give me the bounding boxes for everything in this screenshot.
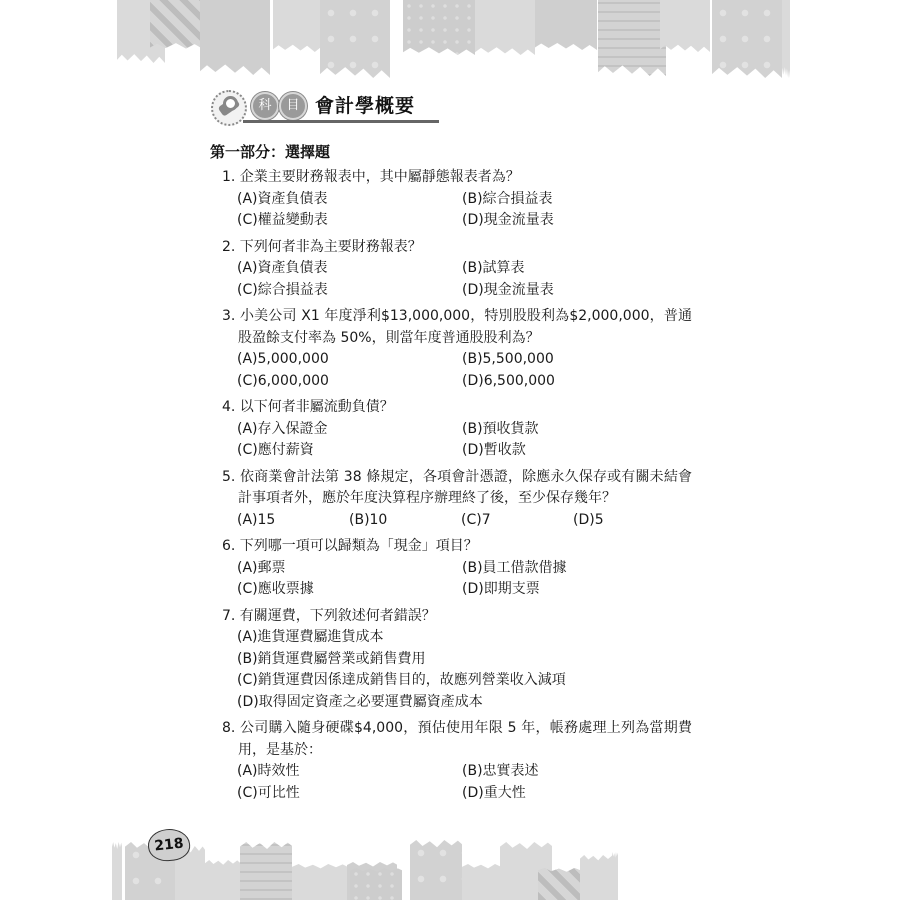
decorative-tape	[475, 0, 535, 55]
option-d: (D)取得固定資產之必要運費屬資產成本	[237, 692, 692, 714]
option-d: (D)即期支票	[462, 579, 687, 601]
option-d: (D)現金流量表	[462, 280, 687, 302]
option-grid: (A)資產負債表 (B)綜合損益表 (C)權益變動表 (D)現金流量表	[222, 189, 692, 232]
question-stem: 8. 公司購入隨身硬碟$4,000，預估使用年限 5 年，帳務處理上列為當期費用…	[222, 718, 692, 761]
decorative-tape	[205, 860, 240, 900]
option-c: (C)綜合損益表	[237, 280, 462, 302]
decorative-tape	[273, 0, 328, 52]
option-a: (A)時效性	[237, 761, 462, 783]
question-2: 2. 下列何者非為主要財務報表？ (A)資產負債表 (B)試算表 (C)綜合損益…	[222, 237, 692, 302]
question-1: 1. 企業主要財務報表中，其中屬靜態報表者為？ (A)資產負債表 (B)綜合損益…	[222, 167, 692, 232]
option-a: (A)郵票	[237, 558, 462, 580]
decorative-tape	[612, 852, 618, 900]
decorative-tape	[240, 842, 292, 900]
question-stem: 6. 下列哪一項可以歸類為「現金」項目？	[222, 536, 692, 558]
option-a: (A)資產負債表	[237, 258, 462, 280]
option-b: (B)綜合損益表	[462, 189, 687, 211]
question-4: 4. 以下何者非屬流動負債？ (A)存入保證金 (B)預收貨款 (C)應付薪資 …	[222, 397, 692, 462]
decorative-tape	[660, 0, 710, 52]
header-divider	[243, 120, 439, 123]
option-grid: (A)資產負債表 (B)試算表 (C)綜合損益表 (D)現金流量表	[222, 258, 692, 301]
option-grid: (A)郵票 (B)員工借款借據 (C)應收票據 (D)即期支票	[222, 558, 692, 601]
question-8: 8. 公司購入隨身硬碟$4,000，預估使用年限 5 年，帳務處理上列為當期費用…	[222, 718, 692, 804]
question-stem: 4. 以下何者非屬流動負債？	[222, 397, 692, 419]
option-a: (A)15	[237, 510, 349, 532]
paper-clip-icon	[211, 90, 247, 126]
option-d: (D)重大性	[462, 783, 687, 805]
option-a: (A)進貨運費屬進貨成本	[237, 627, 692, 649]
question-stem: 7. 有關運費，下列敘述何者錯誤？	[222, 606, 692, 628]
option-c: (C)應收票據	[237, 579, 462, 601]
decorative-tape	[200, 0, 270, 75]
decorative-tape	[350, 868, 402, 900]
option-c: (C)7	[461, 510, 573, 532]
option-b: (B)員工借款借據	[462, 558, 687, 580]
question-list: 1. 企業主要財務報表中，其中屬靜態報表者為？ (A)資產負債表 (B)綜合損益…	[222, 167, 692, 809]
subject-badge: 目	[279, 92, 307, 120]
option-a: (A)存入保證金	[237, 419, 462, 441]
option-a: (A)資產負債表	[237, 189, 462, 211]
option-c: (C)可比性	[237, 783, 462, 805]
option-a: (A)5,000,000	[237, 349, 462, 371]
question-stem: 5. 依商業會計法第 38 條規定，各項會計憑證，除應永久保存或有關未結會計事項…	[222, 467, 692, 510]
question-stem: 3. 小美公司 X1 年度淨利$13,000,000，特別股股利為$2,000,…	[222, 306, 692, 349]
option-grid: (A)時效性 (B)忠實表述 (C)可比性 (D)重大性	[222, 761, 692, 804]
option-c: (C)權益變動表	[237, 210, 462, 232]
decorative-tape	[712, 0, 782, 78]
decorative-tape	[782, 0, 790, 78]
option-b: (B)10	[349, 510, 461, 532]
decorative-tape	[410, 840, 462, 900]
question-7: 7. 有關運費，下列敘述何者錯誤？ (A)進貨運費屬進貨成本 (B)銷貨運費屬營…	[222, 606, 692, 714]
option-b: (B)預收貨款	[462, 419, 687, 441]
decorative-tape	[580, 855, 615, 900]
decorative-tape	[535, 0, 597, 50]
question-5: 5. 依商業會計法第 38 條規定，各項會計憑證，除應永久保存或有關未結會計事項…	[222, 467, 692, 532]
option-b: (B)銷貨運費屬營業或銷售費用	[237, 649, 692, 671]
option-b: (B)5,500,000	[462, 349, 687, 371]
subject-badge: 科	[251, 92, 279, 120]
option-b: (B)忠實表述	[462, 761, 687, 783]
option-c: (C)6,000,000	[237, 371, 462, 393]
option-c: (C)應付薪資	[237, 440, 462, 462]
option-b: (B)試算表	[462, 258, 687, 280]
option-grid: (A)存入保證金 (B)預收貨款 (C)應付薪資 (D)暫收款	[222, 419, 692, 462]
option-grid: (A)5,000,000 (B)5,500,000 (C)6,000,000 (…	[222, 349, 692, 392]
decorative-tape	[598, 0, 666, 76]
question-6: 6. 下列哪一項可以歸類為「現金」項目？ (A)郵票 (B)員工借款借據 (C)…	[222, 536, 692, 601]
decorative-tape	[403, 0, 475, 55]
option-d: (D)暫收款	[462, 440, 687, 462]
decorative-tape	[320, 0, 390, 78]
option-d: (D)5	[573, 510, 685, 532]
section-title: 第一部分：選擇題	[210, 141, 330, 162]
decorative-tape	[112, 842, 122, 900]
subject-header: 科 目 會計學概要	[207, 88, 439, 128]
question-stem: 1. 企業主要財務報表中，其中屬靜態報表者為？	[222, 167, 692, 189]
option-d: (D)6,500,000	[462, 371, 687, 393]
decorative-tape	[292, 864, 347, 900]
option-list: (A)進貨運費屬進貨成本 (B)銷貨運費屬營業或銷售費用 (C)銷貨運費因係達成…	[222, 627, 692, 713]
question-stem: 2. 下列何者非為主要財務報表？	[222, 237, 692, 259]
option-grid: (A)15 (B)10 (C)7 (D)5	[222, 510, 692, 532]
option-c: (C)銷貨運費因係達成銷售目的，故應列營業收入減項	[237, 670, 692, 692]
subject-title: 會計學概要	[315, 91, 415, 118]
option-d: (D)現金流量表	[462, 210, 687, 232]
question-3: 3. 小美公司 X1 年度淨利$13,000,000，特別股股利為$2,000,…	[222, 306, 692, 392]
